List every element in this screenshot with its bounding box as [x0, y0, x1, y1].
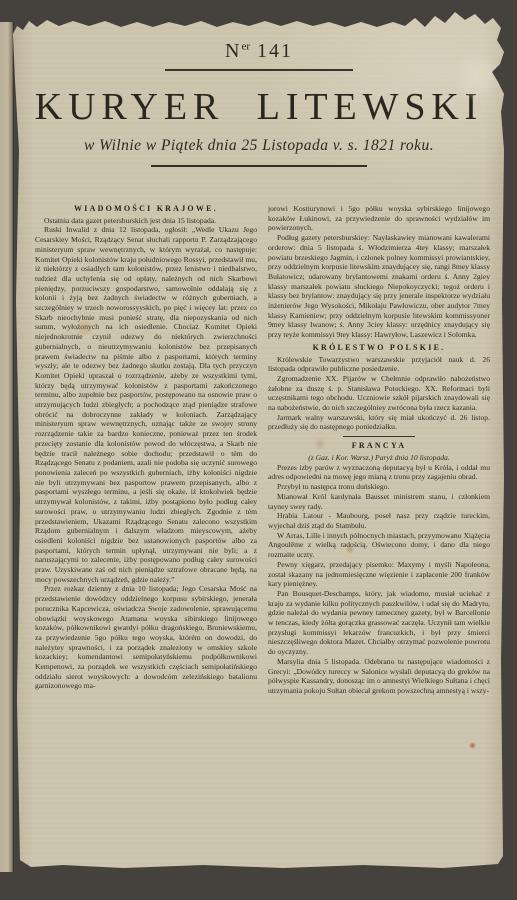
paragraph: Królewskie Towarzystwo warszawskie przyj…	[268, 355, 490, 374]
scanned-newspaper-page: { "page": { "background_color": "#45423e…	[0, 0, 517, 900]
paragraph: Prezes izby parów z wyznaczoną deputacyą…	[268, 463, 490, 482]
section-heading: FRANCYA	[268, 441, 490, 451]
section-heading: WIADOMOŚCI KRAJOWE.	[35, 204, 257, 214]
masthead-dateline: w Wilnie w Piątek dnia 25 Listopada v. s…	[13, 137, 505, 155]
masthead-rule-bottom	[151, 165, 367, 168]
paragraph: Pewny xięgarz, przedający pisemko: Maxym…	[268, 560, 490, 589]
paragraph: Pan Bousquet-Deschamps, który, jak wiado…	[268, 589, 490, 657]
paragraph: Podług gazety petersburskiey: Nayłaskawi…	[268, 233, 490, 340]
section-heading: KRÓLESTWO POLSKIE.	[268, 343, 490, 353]
paragraph: Marsylia dnia 5 listopada. Odebrano tu n…	[268, 657, 490, 696]
issue-prefix: N	[225, 40, 241, 62]
paragraph: Ostatnia data gazet petersburskich jest …	[35, 216, 257, 226]
paragraph: Hrabia Latour - Maubourg, poseł nasz prz…	[268, 511, 490, 530]
paragraph: Mianował Król kardynała Bausset ministre…	[268, 492, 490, 511]
issue-superscript: er	[241, 40, 250, 52]
article-dateline: (z Gaz. i Kor. Warsz.) Paryż dnia 10 lis…	[268, 453, 490, 463]
paragraph: W Arras, Lille i innych północnych miast…	[268, 531, 490, 560]
paragraph: jorowi Kostiurynowi i 5go półku woyska s…	[268, 204, 490, 233]
issue-number: 141	[257, 40, 293, 62]
column-rule	[343, 436, 415, 437]
paragraph: Ruski Inwalid z dnia 12 listopada, ogłos…	[35, 225, 257, 584]
paper-stain	[469, 742, 476, 749]
masthead: Ner 141 KURYER LITEWSKI w Wilnie w Piąte…	[13, 40, 505, 167]
newspaper-title: KURYER LITEWSKI	[13, 85, 505, 129]
column-left: WIADOMOŚCI KRAJOWE.Ostatnia data gazet p…	[35, 204, 257, 696]
article-body: WIADOMOŚCI KRAJOWE.Ostatnia data gazet p…	[35, 204, 491, 696]
paragraph: Jarmark walny warszawski, który się miał…	[268, 413, 490, 432]
issue-number-line: Ner 141	[13, 40, 505, 63]
column-right: jorowi Kostiurynowi i 5go półku woyska s…	[268, 204, 490, 696]
paragraph: Przybył tu następca tronu duńskiego.	[268, 482, 490, 492]
newspaper-sheet: Ner 141 KURYER LITEWSKI w Wilnie w Piąte…	[13, 0, 505, 874]
paragraph: Zgromadzenie XX. Pijarów w Chełmnie odpr…	[268, 374, 490, 413]
paragraph: Przez rozkaz dzienny z dnia 10 listopada…	[35, 584, 257, 691]
adjacent-page-edge	[0, 22, 14, 872]
masthead-rule-top	[165, 69, 353, 71]
